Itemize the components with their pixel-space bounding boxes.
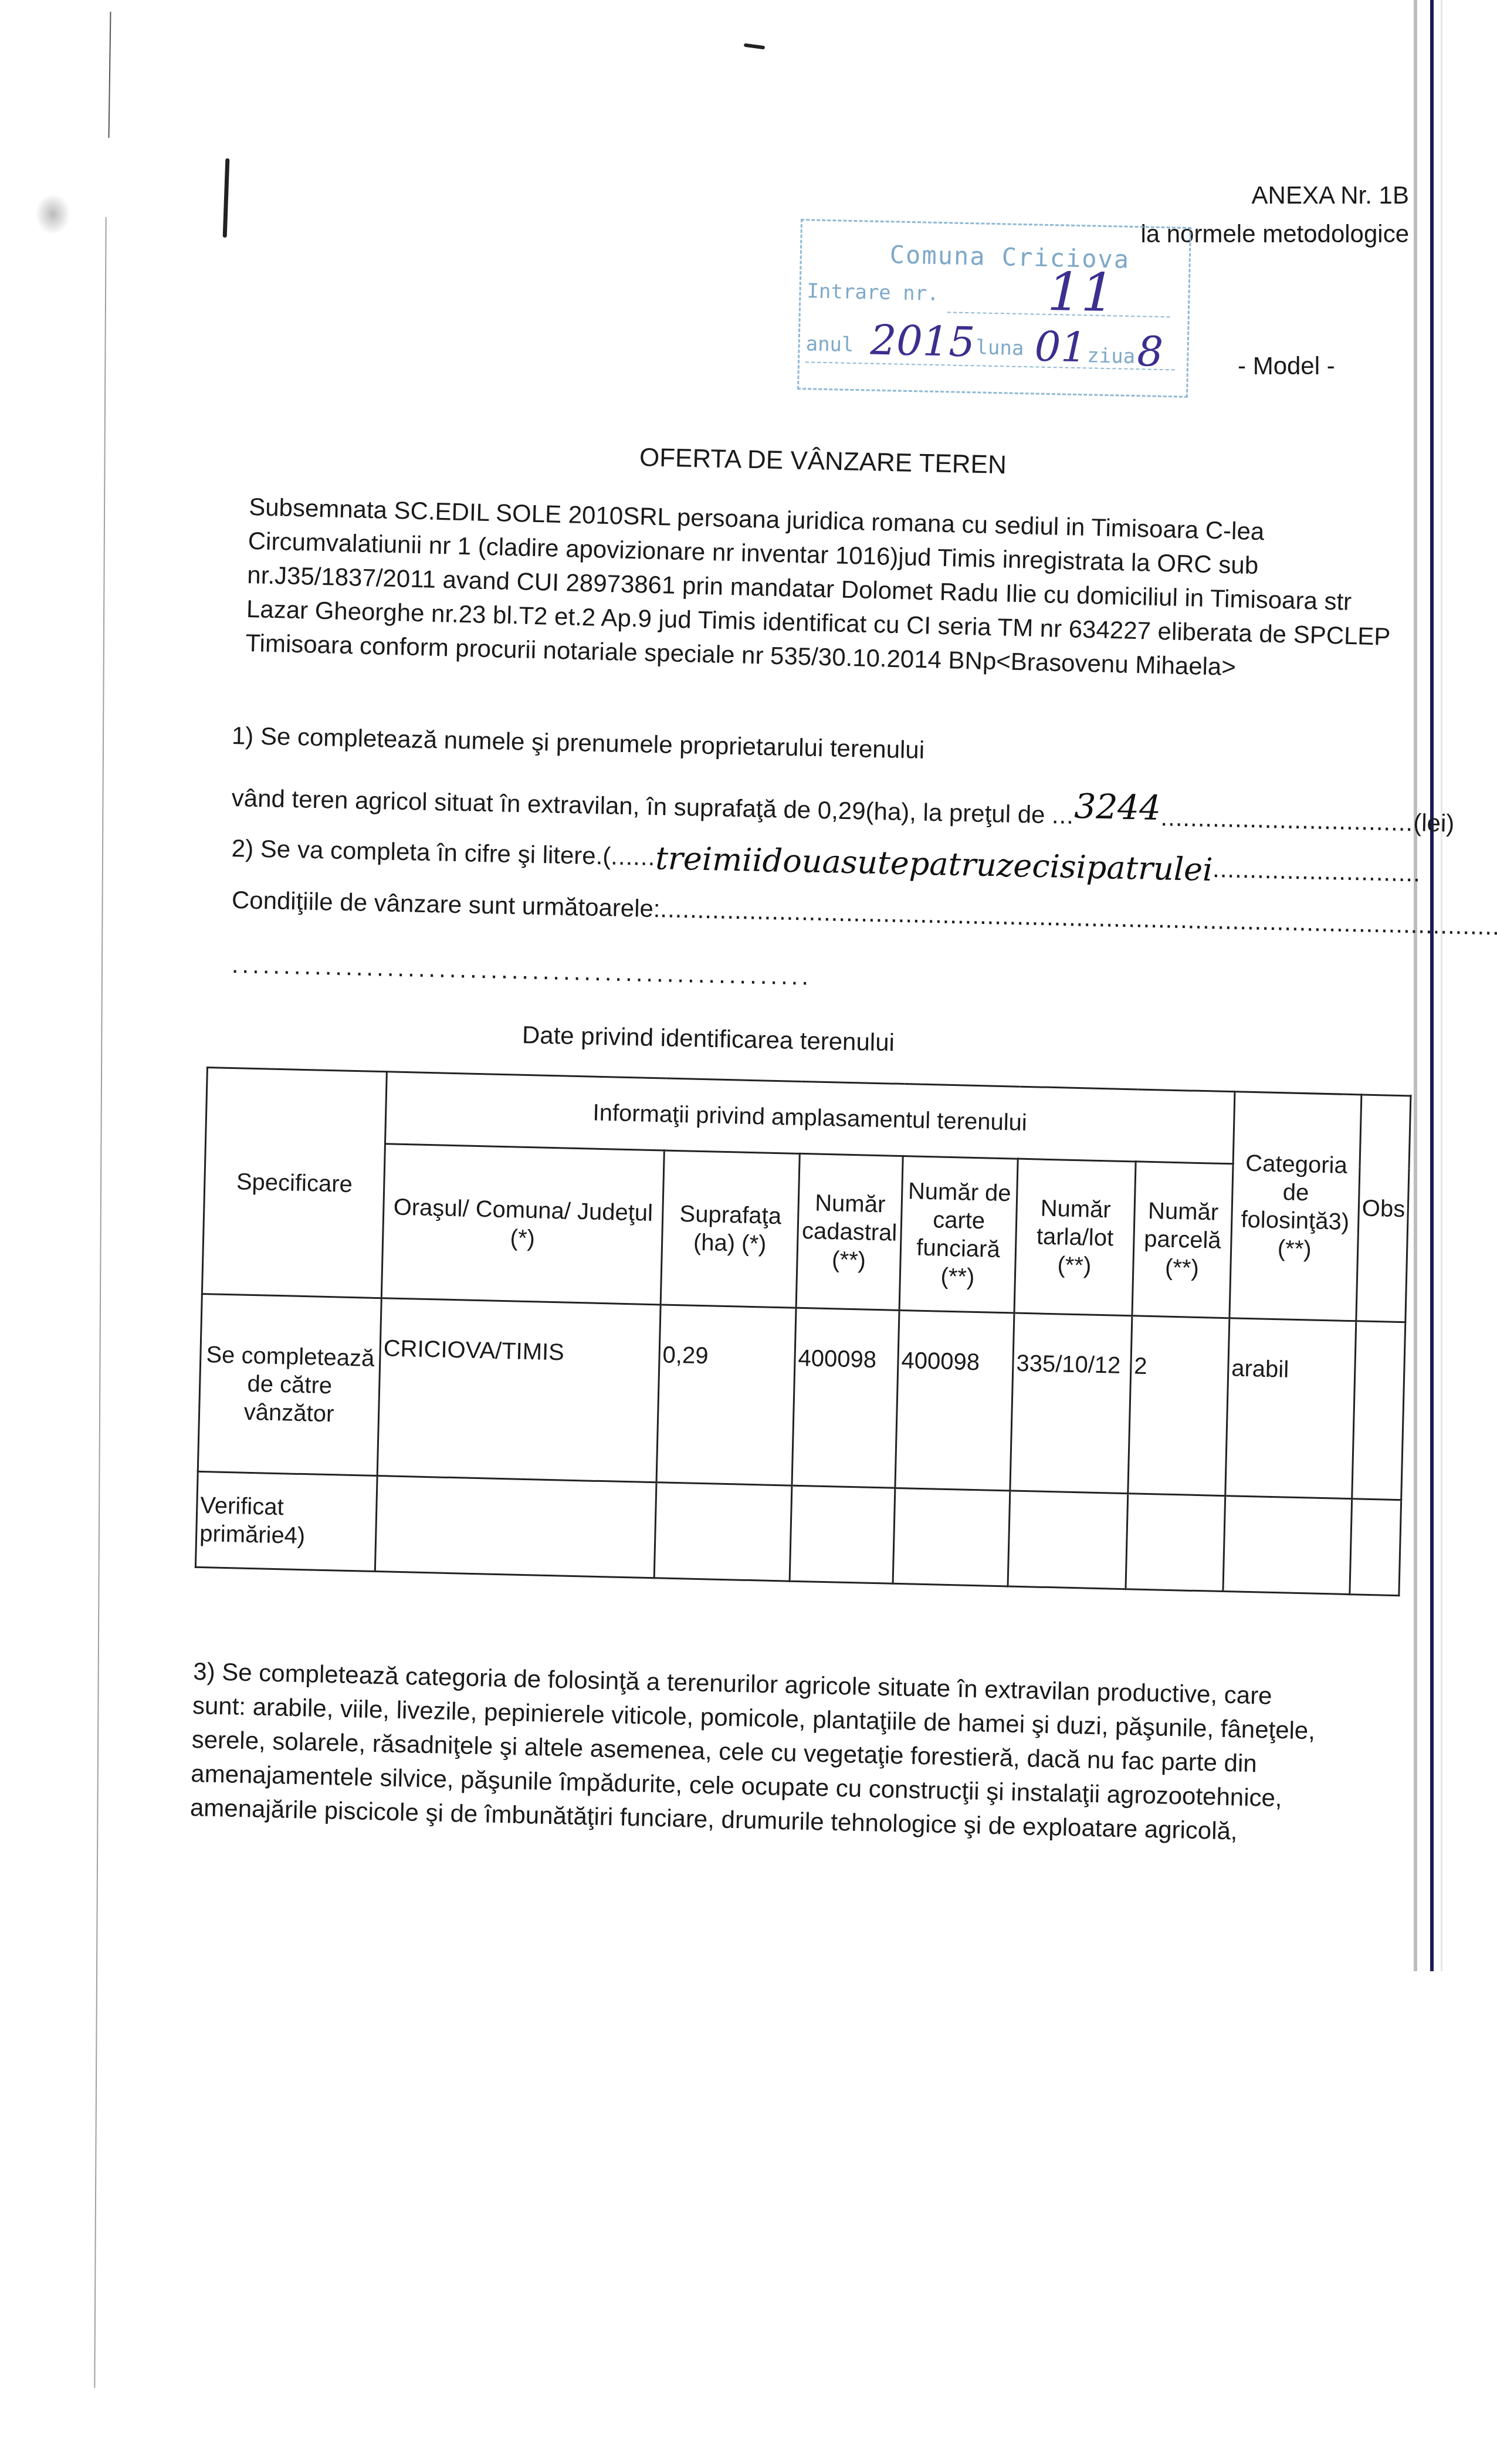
stamp-year-label: anul bbox=[805, 332, 854, 357]
model-label: - Model - bbox=[1238, 352, 1335, 380]
footnote-3: 3) Se completează categoria de folosinţă… bbox=[189, 1654, 1396, 1852]
cell-category bbox=[1223, 1496, 1352, 1595]
stamp-entry-label: Intrare nr. bbox=[807, 279, 939, 306]
registration-stamp: Comuna Criciova Intrare nr. 11 anul 2015… bbox=[797, 219, 1191, 398]
scan-edge-shadow bbox=[1414, 0, 1417, 1971]
cell-area bbox=[654, 1483, 792, 1581]
document-title: OFERTA DE VÂNZARE TEREN bbox=[639, 443, 1007, 480]
price-unit: (lei) bbox=[1413, 808, 1455, 837]
seller-identification-paragraph: Subsemnata SC.EDIL SOLE 2010SRL persoana… bbox=[245, 490, 1393, 688]
scan-edge-line bbox=[108, 12, 111, 138]
cell-obs bbox=[1352, 1321, 1405, 1500]
scan-smudge bbox=[35, 194, 70, 235]
cell-obs bbox=[1350, 1499, 1401, 1596]
header-obs: Obs bbox=[1356, 1095, 1411, 1322]
scan-edge-line bbox=[1430, 0, 1434, 1971]
cell-tarla-lot: 335/10/12 bbox=[1010, 1313, 1132, 1494]
price-handwritten: 3244 bbox=[1074, 786, 1161, 828]
pen-mark bbox=[223, 158, 230, 238]
scan-right-edge bbox=[1414, 0, 1437, 1971]
dotted-fill: ............................ bbox=[1212, 855, 1421, 886]
cell-cadastral bbox=[790, 1485, 895, 1583]
header-category: Categoria de folosinţă3) (**) bbox=[1230, 1092, 1361, 1321]
annex-title: ANEXA Nr. 1B bbox=[1140, 176, 1409, 215]
header-cadastral: Număr cadastral (**) bbox=[796, 1153, 903, 1310]
header-land-book: Număr de carte funciară (**) bbox=[899, 1156, 1018, 1314]
cell-parcel bbox=[1126, 1494, 1225, 1592]
cell-spec: Verificat primărie4) bbox=[195, 1471, 377, 1571]
conditions-label: Condiţiile de vânzare sunt următoarele: bbox=[232, 886, 661, 922]
sale-text: vând teren agricol situat în extravilan,… bbox=[231, 784, 1052, 828]
table-row: Se completează de către vânzător CRICIOV… bbox=[198, 1294, 1405, 1500]
cell-cadastral: 400098 bbox=[792, 1308, 899, 1488]
scanned-document-page: ANEXA Nr. 1B la normele metodologice Com… bbox=[0, 0, 1497, 2464]
header-area: Suprafaţa (ha) (*) bbox=[661, 1150, 800, 1308]
pen-mark bbox=[744, 43, 765, 50]
scan-edge-highlight bbox=[1441, 0, 1442, 1971]
cell-area: 0,29 bbox=[656, 1305, 796, 1485]
cell-land-book: 400098 bbox=[895, 1310, 1014, 1491]
note-2: 2) Se va completa în cifre şi litere.( bbox=[231, 834, 611, 870]
cell-tarla-lot bbox=[1008, 1491, 1128, 1589]
stamp-month-label: luna bbox=[976, 336, 1024, 360]
header-specificare: Specificare bbox=[202, 1068, 387, 1298]
header-location: Oraşul/ Comuna/ Judeţul (*) bbox=[381, 1144, 664, 1305]
cell-location bbox=[375, 1476, 656, 1578]
cell-land-book bbox=[893, 1488, 1010, 1586]
price-line: vând teren agricol situat în extravilan,… bbox=[231, 774, 1455, 840]
price-words-handwritten: treimiidouasutepatruzecisipatrulei bbox=[655, 840, 1213, 888]
land-identification-table: Specificare Informaţii privind amplasame… bbox=[195, 1067, 1412, 1596]
stamp-year-value: 2015 bbox=[870, 316, 976, 367]
cell-parcel: 2 bbox=[1128, 1316, 1230, 1496]
table-caption: Date privind identificarea terenului bbox=[521, 1021, 895, 1057]
stamp-entry-number: 11 bbox=[1047, 261, 1116, 324]
dotted-fill: ........................................… bbox=[660, 895, 1497, 941]
cell-location: CRICIOVA/TIMIS bbox=[377, 1298, 661, 1483]
dotted-fill: ...... bbox=[611, 842, 656, 871]
scan-edge-line bbox=[94, 217, 106, 2388]
dotted-fill: .................................. bbox=[1160, 803, 1414, 836]
price-words-line: 2) Se va completa în cifre şi litere.(..… bbox=[231, 827, 1421, 889]
dotted-fill: ... bbox=[1052, 801, 1075, 829]
header-tarla-lot: Număr tarla/lot (**) bbox=[1014, 1159, 1136, 1316]
conditions-line: Condiţiile de vânzare sunt următoarele:.… bbox=[231, 886, 1497, 942]
conditions-continuation: ........................................… bbox=[231, 950, 812, 991]
header-parcel: Număr parcelă (**) bbox=[1132, 1162, 1233, 1318]
cell-category: arabil bbox=[1225, 1318, 1356, 1499]
stamp-day-label: ziua bbox=[1087, 344, 1136, 368]
note-1: 1) Se completează numele şi prenumele pr… bbox=[231, 722, 924, 764]
cell-spec: Se completează de către vânzător bbox=[198, 1294, 381, 1475]
stamp-month-value: 01 bbox=[1034, 322, 1088, 371]
